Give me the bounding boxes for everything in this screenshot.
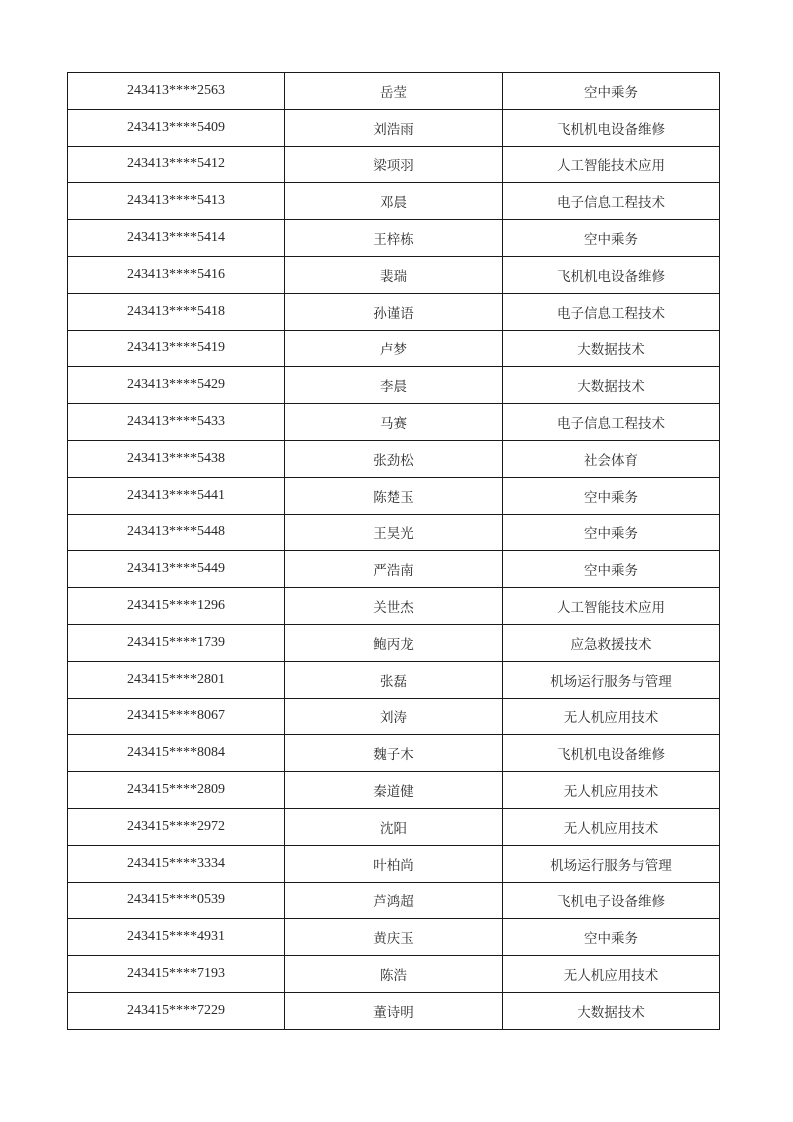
major-cell: 人工智能技术应用	[503, 588, 720, 625]
student-name-cell: 邓晨	[285, 183, 503, 220]
student-name-cell: 鲍丙龙	[285, 624, 503, 661]
major-cell: 机场运行服务与管理	[503, 661, 720, 698]
student-id-cell: 243413****5412	[68, 146, 285, 183]
student-id-cell: 243413****5429	[68, 367, 285, 404]
table-row: 243413****5419卢梦大数据技术	[68, 330, 720, 367]
student-id-cell: 243413****2563	[68, 73, 285, 110]
table-row: 243413****5448王昊光空中乘务	[68, 514, 720, 551]
student-name-cell: 关世杰	[285, 588, 503, 625]
student-name-cell: 张劲松	[285, 440, 503, 477]
student-name-cell: 卢梦	[285, 330, 503, 367]
major-cell: 大数据技术	[503, 367, 720, 404]
table-row: 243415****2972沈阳无人机应用技术	[68, 808, 720, 845]
table-row: 243413****5413邓晨电子信息工程技术	[68, 183, 720, 220]
major-cell: 空中乘务	[503, 220, 720, 257]
student-id-cell: 243415****8067	[68, 698, 285, 735]
student-name-cell: 陈楚玉	[285, 477, 503, 514]
major-cell: 空中乘务	[503, 477, 720, 514]
table-row: 243413****5441陈楚玉空中乘务	[68, 477, 720, 514]
major-cell: 空中乘务	[503, 919, 720, 956]
table-row: 243415****1296关世杰人工智能技术应用	[68, 588, 720, 625]
student-id-cell: 243413****5418	[68, 293, 285, 330]
table-row: 243415****0539芦鸿超飞机电子设备维修	[68, 882, 720, 919]
student-id-cell: 243415****3334	[68, 845, 285, 882]
table-row: 243413****5433马赛电子信息工程技术	[68, 404, 720, 441]
student-id-cell: 243413****5419	[68, 330, 285, 367]
document-page: 243413****2563岳莹空中乘务243413****5409刘浩雨飞机机…	[0, 0, 793, 1122]
student-name-cell: 黄庆玉	[285, 919, 503, 956]
student-id-cell: 243415****2801	[68, 661, 285, 698]
student-id-cell: 243415****8084	[68, 735, 285, 772]
major-cell: 无人机应用技术	[503, 808, 720, 845]
major-cell: 大数据技术	[503, 330, 720, 367]
student-id-cell: 243415****1296	[68, 588, 285, 625]
student-id-cell: 243415****2809	[68, 772, 285, 809]
student-name-cell: 王昊光	[285, 514, 503, 551]
student-roster-table: 243413****2563岳莹空中乘务243413****5409刘浩雨飞机机…	[67, 72, 720, 1030]
student-id-cell: 243413****5449	[68, 551, 285, 588]
student-id-cell: 243413****5409	[68, 109, 285, 146]
student-name-cell: 叶柏尚	[285, 845, 503, 882]
table-row: 243413****2563岳莹空中乘务	[68, 73, 720, 110]
roster-body: 243413****2563岳莹空中乘务243413****5409刘浩雨飞机机…	[68, 73, 720, 1030]
student-id-cell: 243415****0539	[68, 882, 285, 919]
student-name-cell: 裴瑞	[285, 256, 503, 293]
major-cell: 无人机应用技术	[503, 956, 720, 993]
student-id-cell: 243415****7193	[68, 956, 285, 993]
major-cell: 社会体育	[503, 440, 720, 477]
student-id-cell: 243413****5413	[68, 183, 285, 220]
major-cell: 电子信息工程技术	[503, 293, 720, 330]
table-row: 243413****5414王梓栋空中乘务	[68, 220, 720, 257]
major-cell: 空中乘务	[503, 73, 720, 110]
major-cell: 飞机机电设备维修	[503, 735, 720, 772]
student-name-cell: 严浩南	[285, 551, 503, 588]
student-id-cell: 243413****5448	[68, 514, 285, 551]
table-row: 243415****3334叶柏尚机场运行服务与管理	[68, 845, 720, 882]
table-row: 243413****5416裴瑞飞机机电设备维修	[68, 256, 720, 293]
student-id-cell: 243415****4931	[68, 919, 285, 956]
table-row: 243415****8067刘涛无人机应用技术	[68, 698, 720, 735]
student-name-cell: 刘涛	[285, 698, 503, 735]
major-cell: 应急救援技术	[503, 624, 720, 661]
student-name-cell: 孙谨语	[285, 293, 503, 330]
student-name-cell: 秦道健	[285, 772, 503, 809]
student-id-cell: 243413****5414	[68, 220, 285, 257]
student-id-cell: 243415****7229	[68, 992, 285, 1029]
major-cell: 空中乘务	[503, 514, 720, 551]
table-row: 243415****2801张磊机场运行服务与管理	[68, 661, 720, 698]
student-name-cell: 沈阳	[285, 808, 503, 845]
student-id-cell: 243413****5416	[68, 256, 285, 293]
student-name-cell: 董诗明	[285, 992, 503, 1029]
student-id-cell: 243413****5438	[68, 440, 285, 477]
student-name-cell: 岳莹	[285, 73, 503, 110]
student-name-cell: 魏子木	[285, 735, 503, 772]
student-name-cell: 刘浩雨	[285, 109, 503, 146]
student-id-cell: 243415****2972	[68, 808, 285, 845]
major-cell: 电子信息工程技术	[503, 404, 720, 441]
major-cell: 电子信息工程技术	[503, 183, 720, 220]
student-name-cell: 芦鸿超	[285, 882, 503, 919]
student-name-cell: 张磊	[285, 661, 503, 698]
table-row: 243413****5409刘浩雨飞机机电设备维修	[68, 109, 720, 146]
student-name-cell: 陈浩	[285, 956, 503, 993]
table-row: 243415****2809秦道健无人机应用技术	[68, 772, 720, 809]
student-name-cell: 梁项羽	[285, 146, 503, 183]
major-cell: 飞机机电设备维修	[503, 256, 720, 293]
table-row: 243413****5429李晨大数据技术	[68, 367, 720, 404]
student-name-cell: 王梓栋	[285, 220, 503, 257]
table-row: 243415****7193陈浩无人机应用技术	[68, 956, 720, 993]
major-cell: 飞机电子设备维修	[503, 882, 720, 919]
student-id-cell: 243413****5441	[68, 477, 285, 514]
major-cell: 空中乘务	[503, 551, 720, 588]
student-id-cell: 243413****5433	[68, 404, 285, 441]
table-row: 243415****4931黄庆玉空中乘务	[68, 919, 720, 956]
major-cell: 飞机机电设备维修	[503, 109, 720, 146]
major-cell: 大数据技术	[503, 992, 720, 1029]
major-cell: 人工智能技术应用	[503, 146, 720, 183]
table-row: 243413****5449严浩南空中乘务	[68, 551, 720, 588]
table-row: 243413****5412梁项羽人工智能技术应用	[68, 146, 720, 183]
table-row: 243415****7229董诗明大数据技术	[68, 992, 720, 1029]
table-row: 243415****1739鲍丙龙应急救援技术	[68, 624, 720, 661]
major-cell: 无人机应用技术	[503, 772, 720, 809]
major-cell: 无人机应用技术	[503, 698, 720, 735]
student-id-cell: 243415****1739	[68, 624, 285, 661]
table-row: 243413****5418孙谨语电子信息工程技术	[68, 293, 720, 330]
student-name-cell: 马赛	[285, 404, 503, 441]
table-row: 243413****5438张劲松社会体育	[68, 440, 720, 477]
student-name-cell: 李晨	[285, 367, 503, 404]
table-row: 243415****8084魏子木飞机机电设备维修	[68, 735, 720, 772]
major-cell: 机场运行服务与管理	[503, 845, 720, 882]
